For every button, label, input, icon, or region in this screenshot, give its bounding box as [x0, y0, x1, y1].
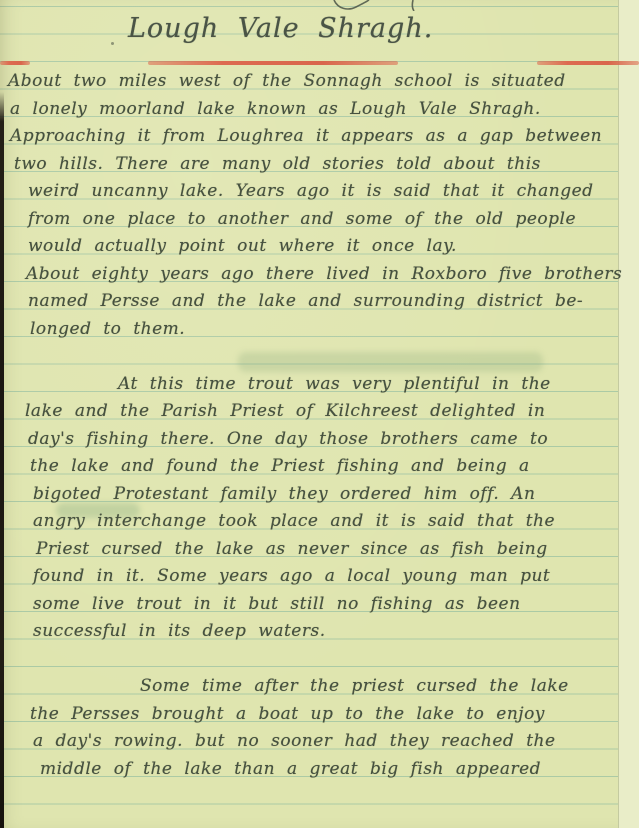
handwritten-line: found in it. Some years ago a local youn… — [0, 563, 639, 591]
handwritten-line: from one place to another and some of th… — [0, 206, 639, 234]
handwritten-line: a day's rowing. but no sooner had they r… — [0, 728, 639, 756]
handwritten-line: bigoted Protestant family they ordered h… — [0, 481, 639, 509]
blank-ruled-line — [0, 646, 639, 674]
handwritten-line: some live trout in it but still no fishi… — [0, 591, 639, 619]
blank-ruled-line — [0, 343, 639, 371]
title-underline-segment-right — [537, 61, 639, 65]
handwritten-line: successful in its deep waters. — [0, 618, 639, 646]
stray-ink-dot — [111, 42, 114, 45]
handwritten-line: Priest cursed the lake as never since as… — [0, 536, 639, 564]
handwritten-line: Some time after the priest cursed the la… — [0, 673, 639, 701]
handwritten-line: At this time trout was very plentiful in… — [0, 371, 639, 399]
handwritten-line: would actually point out where it once l… — [0, 233, 639, 261]
handwritten-line: lake and the Parish Priest of Kilchreest… — [0, 398, 639, 426]
handwritten-line: the Persses brought a boat up to the lak… — [0, 701, 639, 729]
handwritten-line: a lonely moorland lake known as Lough Va… — [0, 96, 639, 124]
handwritten-line: About eighty years ago there lived in Ro… — [0, 261, 639, 289]
title-underline-segment-left — [0, 61, 30, 65]
title-underline-segment-middle — [148, 61, 398, 65]
handwritten-line: two hills. There are many old stories to… — [0, 151, 639, 179]
handwritten-line: weird uncanny lake. Years ago it is said… — [0, 178, 639, 206]
manuscript-body: About two miles west of the Sonnagh scho… — [0, 68, 639, 783]
handwritten-line: day's fishing there. One day those broth… — [0, 426, 639, 454]
handwritten-line: About two miles west of the Sonnagh scho… — [0, 68, 639, 96]
page-title: Lough Vale Shragh. — [128, 8, 433, 50]
handwritten-line: angry interchange took place and it is s… — [0, 508, 639, 536]
scan-edge-shadow — [0, 92, 4, 828]
handwritten-line: middle of the lake than a great big fish… — [0, 756, 639, 784]
handwritten-line: Approaching it from Loughrea it appears … — [0, 123, 639, 151]
manuscript-page: Lough Vale Shragh. About two miles west … — [0, 0, 639, 828]
handwritten-line: named Persse and the lake and surroundin… — [0, 288, 639, 316]
handwritten-line: the lake and found the Priest fishing an… — [0, 453, 639, 481]
handwritten-line: longed to them. — [0, 316, 639, 344]
